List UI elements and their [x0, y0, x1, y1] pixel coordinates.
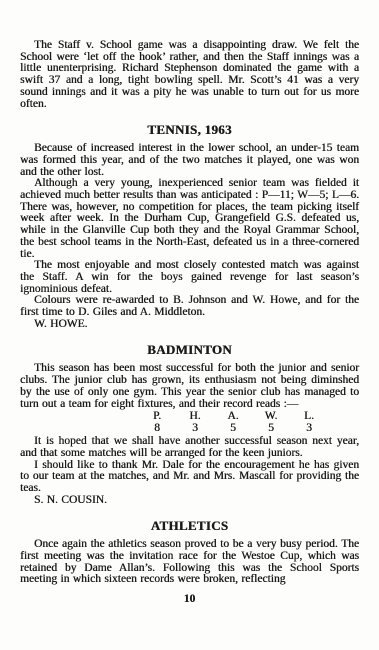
- section-staff-game: The Staff v. School game was a disappoin…: [20, 40, 359, 110]
- staff-game-paragraph: The Staff v. School game was a disappoin…: [20, 40, 359, 110]
- badminton-paragraph-2: It is hoped that we shall have another s…: [20, 436, 359, 459]
- record-value-cell-p: 8: [138, 423, 176, 435]
- tennis-paragraph-4: Colours were re-awarded to B. Johnson an…: [20, 295, 359, 318]
- badminton-paragraph-3: I should like to thank Mr. Dale for the …: [20, 460, 359, 495]
- badminton-signature: S. N. COUSIN.: [20, 495, 359, 507]
- page-body: The Staff v. School game was a disappoin…: [20, 40, 359, 605]
- record-header-row: P. H. A. W. L.: [138, 411, 359, 423]
- athletics-heading: ATHLETICS: [20, 519, 359, 533]
- tennis-paragraph-1: Because of increased interest in the low…: [20, 143, 359, 178]
- tennis-paragraph-3: The most enjoyable and most closely cont…: [20, 260, 359, 295]
- tennis-paragraph-2: Although a very young, inexperienced sen…: [20, 178, 359, 260]
- tennis-signature: W. HOWE.: [20, 319, 359, 331]
- record-value-row: 8 3 5 5 3: [138, 423, 359, 435]
- tennis-heading: TENNIS, 1963: [20, 123, 359, 137]
- page-number: 10: [20, 593, 359, 605]
- badminton-record-table: P. H. A. W. L. 8 3 5 5 3: [138, 411, 359, 435]
- section-badminton: BADMINTON This season has been most succ…: [20, 343, 359, 506]
- badminton-heading: BADMINTON: [20, 343, 359, 357]
- record-value-cell-a: 5: [214, 423, 252, 435]
- badminton-paragraph-1: This season has been most successful for…: [20, 363, 359, 410]
- record-value-cell-w: 5: [252, 423, 290, 435]
- section-athletics: ATHLETICS Once again the athletics seaso…: [20, 519, 359, 586]
- section-tennis: TENNIS, 1963 Because of increased intere…: [20, 123, 359, 330]
- athletics-paragraph-1: Once again the athletics season proved t…: [20, 539, 359, 586]
- record-value-cell-l: 3: [290, 423, 328, 435]
- magazine-page: The Staff v. School game was a disappoin…: [0, 0, 379, 650]
- record-value-cell-h: 3: [176, 423, 214, 435]
